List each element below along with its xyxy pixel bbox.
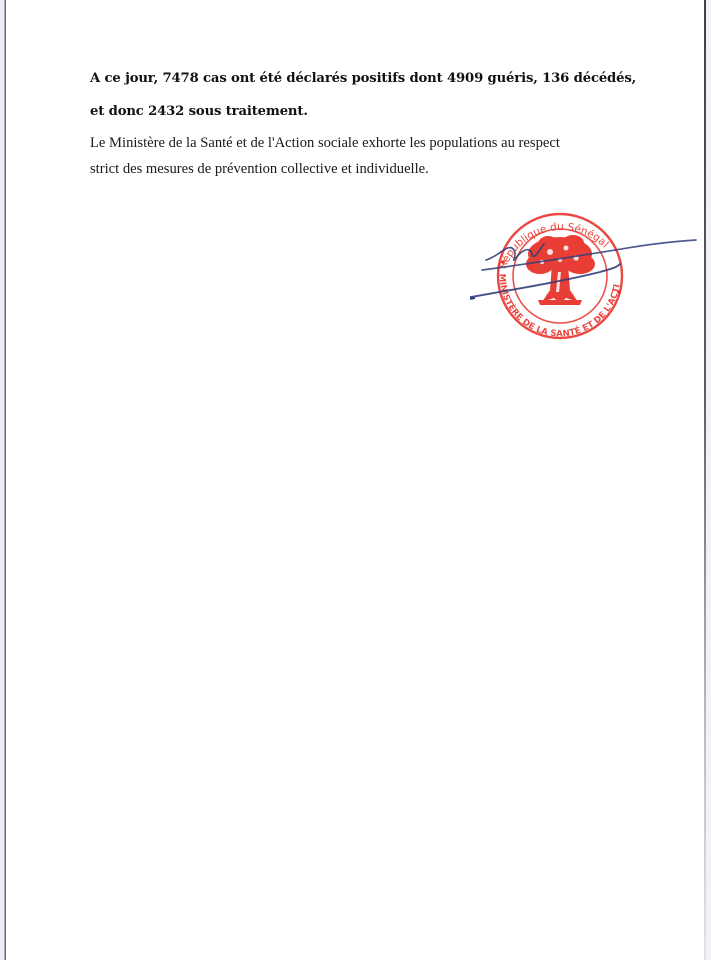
- exhortation-line-2: strict des mesures de prévention collect…: [90, 161, 429, 178]
- document-page: A ce jour, 7478 cas ont été déclarés pos…: [0, 0, 711, 960]
- baobab-tree-icon: [526, 235, 595, 305]
- case-summary-line-1: A ce jour, 7478 cas ont été déclarés pos…: [90, 71, 636, 86]
- ministry-seal-icon: République du Sénégal MINISTÈRE DE LA SA…: [470, 212, 700, 372]
- exhortation-line-1: Le Ministère de la Santé et de l'Action …: [90, 135, 560, 152]
- official-stamp: République du Sénégal MINISTÈRE DE LA SA…: [470, 212, 700, 372]
- page-edge-shadow-right: [706, 0, 711, 960]
- case-summary-line-2: et donc 2432 sous traitement.: [90, 104, 308, 119]
- page-edge-left: [4, 0, 6, 960]
